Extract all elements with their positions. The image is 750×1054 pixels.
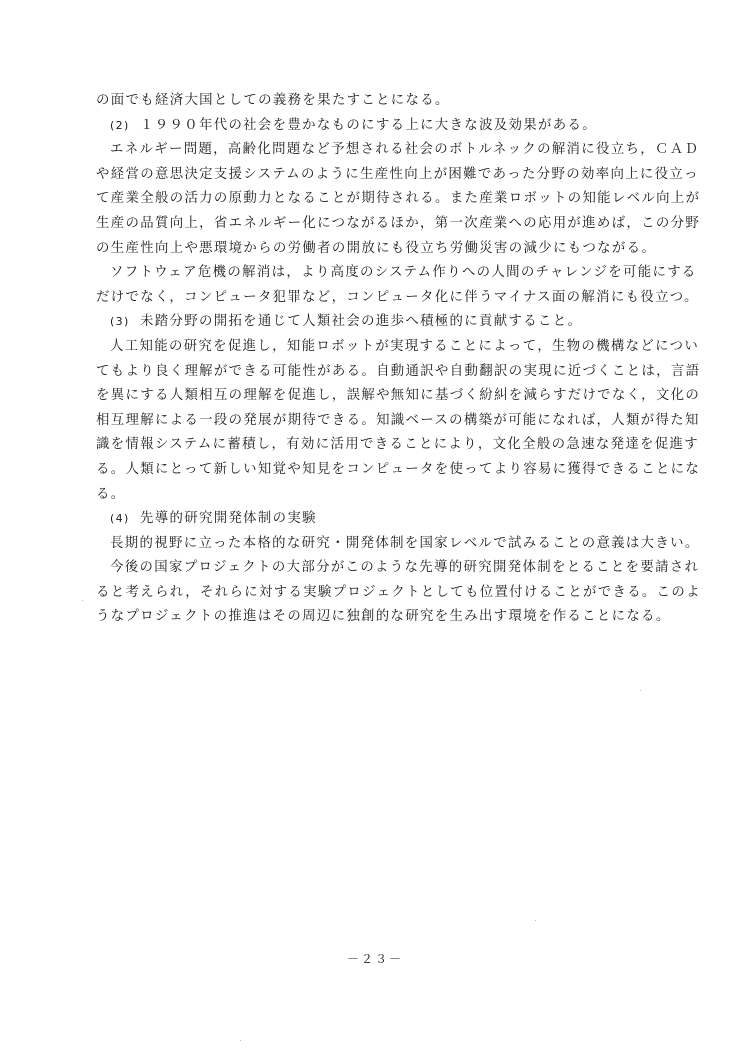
text-line: 人工知能の研究を促進し，知能ロボットが実現することによって，生物の機構などについ [96,335,676,360]
text-line: の面でも経済大国としての義務を果たすことになる。 [96,89,676,114]
scan-speck [240,1040,241,1041]
section-heading-3: (3)未踏分野の開拓を通じて人類社会の進歩へ積極的に貢献すること。 [96,310,676,335]
body-text: の面でも経済大国としての義務を果たすことになる。 (2)１９９０年代の社会を豊か… [96,89,676,630]
document-page: の面でも経済大国としての義務を果たすことになる。 (2)１９９０年代の社会を豊か… [0,0,750,1054]
text-line: 今後の国家プロジェクトの大部分がこのような先導的研究開発体制をとることを要請され [96,556,676,581]
scan-speck [82,600,83,601]
text-line: だけでなく，コンピュータ犯罪など，コンピュータ化に伴うマイナス面の解消にも役立つ… [96,286,676,311]
text-line: る。 [96,483,676,508]
page-number: －２３－ [0,950,750,967]
text-line: の生産性向上や悪環境からの労働者の開放にも役立ち労働災害の減少にもつながる。 [96,237,676,262]
text-line: ると考えられ，それらに対する実験プロジェクトとしても位置付けることができる。この… [96,581,676,606]
scan-speck [535,920,536,921]
text-line: てもより良く理解ができる可能性がある。自動通訳や自動翻訳の実現に近づくことは，言… [96,360,676,385]
scan-speck [640,690,641,691]
text-line: や経営の意思決定支援システムのように生産性向上が困難であった分野の効率向上に役立… [96,163,676,188]
text-line: ソフトウェア危機の解消は，より高度のシステム作りへの人間のチャレンジを可能にする [96,261,676,286]
section-number: (4) [110,507,140,532]
section-number: (2) [110,114,140,139]
text-line: を異にする人類相互の理解を促進し，誤解や無知に基づく紛糾を減らすだけでなく，文化… [96,384,676,409]
text-line: 相互理解による一段の発展が期待できる。知識ベースの構築が可能になれば，人類が得た… [96,409,676,434]
section-heading-4: (4)先導的研究開発体制の実験 [96,507,676,532]
text-line: エネルギー問題，高齢化問題など予想される社会のボトルネックの解消に役立ち，ＣＡＤ [96,138,676,163]
text-line: 識を情報システムに蓄積し，有効に活用できることにより，文化全般の急速な発達を促進… [96,433,676,458]
text-line: うなプロジェクトの推進はその周辺に独創的な研究を生み出す環境を作ることになる。 [96,605,676,630]
section-number: (3) [110,310,140,335]
text-line: て産業全般の活力の原動力となることが期待される。また産業ロボットの知能レベル向上… [96,187,676,212]
text-line: る。人類にとって新しい知覚や知見をコンピュータを使ってより容易に獲得できることに… [96,458,676,483]
text-line: 生産の品質向上，省エネルギー化につながるほか，第一次産業への応用が進めば，この分… [96,212,676,237]
text-line: 長期的視野に立った本格的な研究・開発体制を国家レベルで試みることの意義は大きい。 [96,532,676,557]
section-heading-2: (2)１９９０年代の社会を豊かなものにする上に大きな波及効果がある。 [96,114,676,139]
